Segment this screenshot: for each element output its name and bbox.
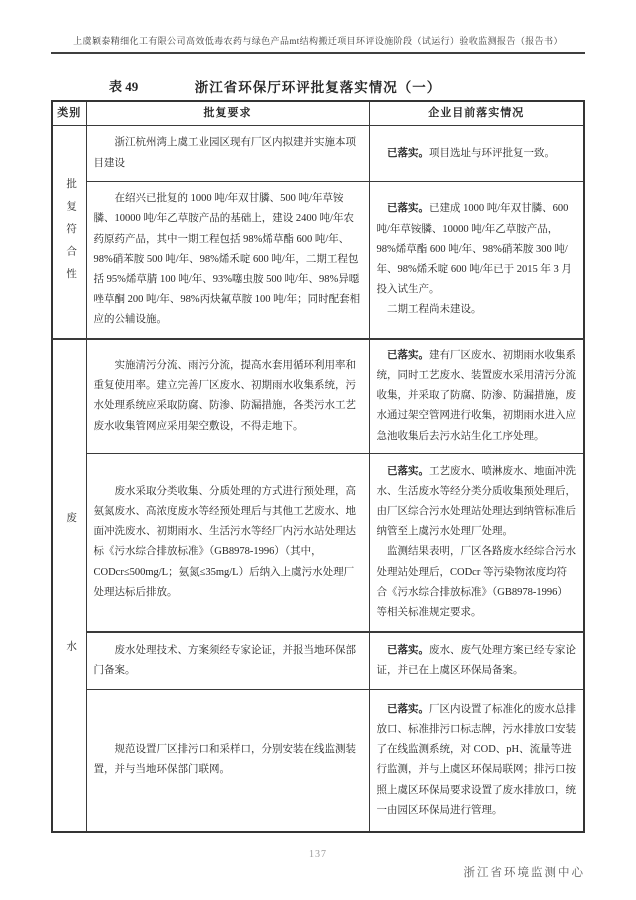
approval-implementation-table: 类别 批复要求 企业目前落实情况 批复符合性 浙江杭州湾上虞工业园区现有厂区内拟… bbox=[51, 100, 585, 833]
requirement-cell: 在绍兴已批复的 1000 吨/年双甘膦、500 吨/年草铵膦、10000 吨/年… bbox=[86, 182, 369, 339]
status-paragraph: 二期工程尚未建设。 bbox=[377, 300, 577, 320]
status-paragraph: 已落实。废水、废气处理方案已经专家论证，并已在上虞区环保局备案。 bbox=[377, 641, 577, 681]
requirement-text: 实施清污分流、雨污分流，提高水套用循环利用率和重复使用率。建立完善厂区废水、初期… bbox=[94, 356, 362, 437]
requirement-cell: 规范设置厂区排污口和采样口，分别安装在线监测装置，并与当地环保部门联网。 bbox=[86, 690, 369, 832]
status-cell: 已落实。已建成 1000 吨/年双甘膦、600 吨/年草铵膦、10000 吨/年… bbox=[369, 182, 584, 339]
column-header-category: 类别 bbox=[52, 101, 86, 126]
status-paragraph: 已落实。工艺废水、喷淋废水、地面冲洗水、生活废水等经分类分质收集预处理后，由厂区… bbox=[377, 462, 577, 543]
status-paragraph: 监测结果表明，厂区各路废水经综合污水处理站处理后，CODcr 等污染物浓度均符合… bbox=[377, 542, 577, 623]
status-text: 厂区内设置了标准化的废水总排放口、标准排污口标志牌，污水排放口安装了在线监测系统… bbox=[377, 704, 577, 816]
status-lead: 已落实。 bbox=[387, 466, 429, 477]
status-text: 二期工程尚未建设。 bbox=[387, 304, 482, 315]
requirement-text: 浙江杭州湾上虞工业园区现有厂区内拟建并实施本项目建设 bbox=[94, 133, 362, 173]
status-lead: 已落实。 bbox=[387, 350, 429, 361]
table-row: 废水采取分类收集、分质处理的方式进行预处理，高氨氮废水、高浓度废水等经预处理后与… bbox=[52, 454, 584, 632]
category-label: 批复符合性 bbox=[60, 178, 80, 291]
requirement-text: 废水处理技术、方案须经专家论证，并报当地环保部门备案。 bbox=[94, 641, 362, 681]
status-paragraph: 已落实。项目选址与环评批复一致。 bbox=[377, 144, 577, 164]
document-page: 上虞颖泰精细化工有限公司高效低毒农药与绿色产品mt结构搬迁项目环评设施阶段（试运… bbox=[0, 0, 636, 900]
table-row: 废水 实施清污分流、雨污分流，提高水套用循环利用率和重复使用率。建立完善厂区废水… bbox=[52, 339, 584, 454]
status-paragraph: 已落实。厂区内设置了标准化的废水总排放口、标准排污口标志牌，污水排放口安装了在线… bbox=[377, 700, 577, 821]
table-row: 规范设置厂区排污口和采样口，分别安装在线监测装置，并与当地环保部门联网。 已落实… bbox=[52, 690, 584, 832]
footer-organization: 浙江省环境监测中心 bbox=[51, 864, 585, 880]
requirement-text: 规范设置厂区排污口和采样口，分别安装在线监测装置，并与当地环保部门联网。 bbox=[94, 740, 362, 780]
requirement-cell: 浙江杭州湾上虞工业园区现有厂区内拟建并实施本项目建设 bbox=[86, 126, 369, 182]
category-label: 废水 bbox=[60, 512, 80, 769]
page-number: 137 bbox=[51, 849, 585, 860]
status-cell: 已落实。厂区内设置了标准化的废水总排放口、标准排污口标志牌，污水排放口安装了在线… bbox=[369, 690, 584, 832]
table-caption: 表 49 浙江省环保厅环评批复落实情况（一） bbox=[51, 76, 585, 94]
table-row: 废水处理技术、方案须经专家论证，并报当地环保部门备案。 已落实。废水、废气处理方… bbox=[52, 632, 584, 690]
requirement-cell: 废水处理技术、方案须经专家论证，并报当地环保部门备案。 bbox=[86, 632, 369, 690]
requirement-cell: 实施清污分流、雨污分流，提高水套用循环利用率和重复使用率。建立完善厂区废水、初期… bbox=[86, 339, 369, 454]
status-cell: 已落实。废水、废气处理方案已经专家论证，并已在上虞区环保局备案。 bbox=[369, 632, 584, 690]
status-text: 监测结果表明，厂区各路废水经综合污水处理站处理后，CODcr 等污染物浓度均符合… bbox=[377, 546, 577, 617]
status-lead: 已落实。 bbox=[387, 645, 429, 656]
status-paragraph: 已落实。建有厂区废水、初期雨水收集系统，同时工艺废水、装置废水采用清污分流收集，… bbox=[377, 346, 577, 447]
table-row: 在绍兴已批复的 1000 吨/年双甘膦、500 吨/年草铵膦、10000 吨/年… bbox=[52, 182, 584, 339]
column-header-requirement: 批复要求 bbox=[86, 101, 369, 126]
requirement-cell: 废水采取分类收集、分质处理的方式进行预处理，高氨氮废水、高浓度废水等经预处理后与… bbox=[86, 454, 369, 632]
status-text: 已建成 1000 吨/年双甘膦、600 吨/年草铵膦、10000 吨/年乙草胺产… bbox=[377, 203, 572, 295]
status-lead: 已落实。 bbox=[387, 203, 429, 214]
status-cell: 已落实。工艺废水、喷淋废水、地面冲洗水、生活废水等经分类分质收集预处理后，由厂区… bbox=[369, 454, 584, 632]
running-header: 上虞颖泰精细化工有限公司高效低毒农药与绿色产品mt结构搬迁项目环评设施阶段（试运… bbox=[51, 34, 585, 54]
status-lead: 已落实。 bbox=[387, 148, 429, 159]
requirement-text: 废水采取分类收集、分质处理的方式进行预处理，高氨氮废水、高浓度废水等经预处理后与… bbox=[94, 482, 362, 603]
status-cell: 已落实。建有厂区废水、初期雨水收集系统，同时工艺废水、装置废水采用清污分流收集，… bbox=[369, 339, 584, 454]
status-text: 建有厂区废水、初期雨水收集系统，同时工艺废水、装置废水采用清污分流收集，并采取了… bbox=[377, 350, 577, 442]
status-text: 项目选址与环评批复一致。 bbox=[429, 148, 555, 159]
table-header-row: 类别 批复要求 企业目前落实情况 bbox=[52, 101, 584, 126]
status-cell: 已落实。项目选址与环评批复一致。 bbox=[369, 126, 584, 182]
requirement-text: 在绍兴已批复的 1000 吨/年双甘膦、500 吨/年草铵膦、10000 吨/年… bbox=[94, 189, 362, 330]
category-cell-approval-conformity: 批复符合性 bbox=[52, 126, 86, 339]
table-number-label: 表 49 bbox=[109, 76, 138, 95]
table-row: 批复符合性 浙江杭州湾上虞工业园区现有厂区内拟建并实施本项目建设 已落实。项目选… bbox=[52, 126, 584, 182]
column-header-status: 企业目前落实情况 bbox=[369, 101, 584, 126]
status-lead: 已落实。 bbox=[387, 704, 429, 715]
category-cell-wastewater: 废水 bbox=[52, 339, 86, 832]
status-paragraph: 已落实。已建成 1000 吨/年双甘膦、600 吨/年草铵膦、10000 吨/年… bbox=[377, 199, 577, 300]
